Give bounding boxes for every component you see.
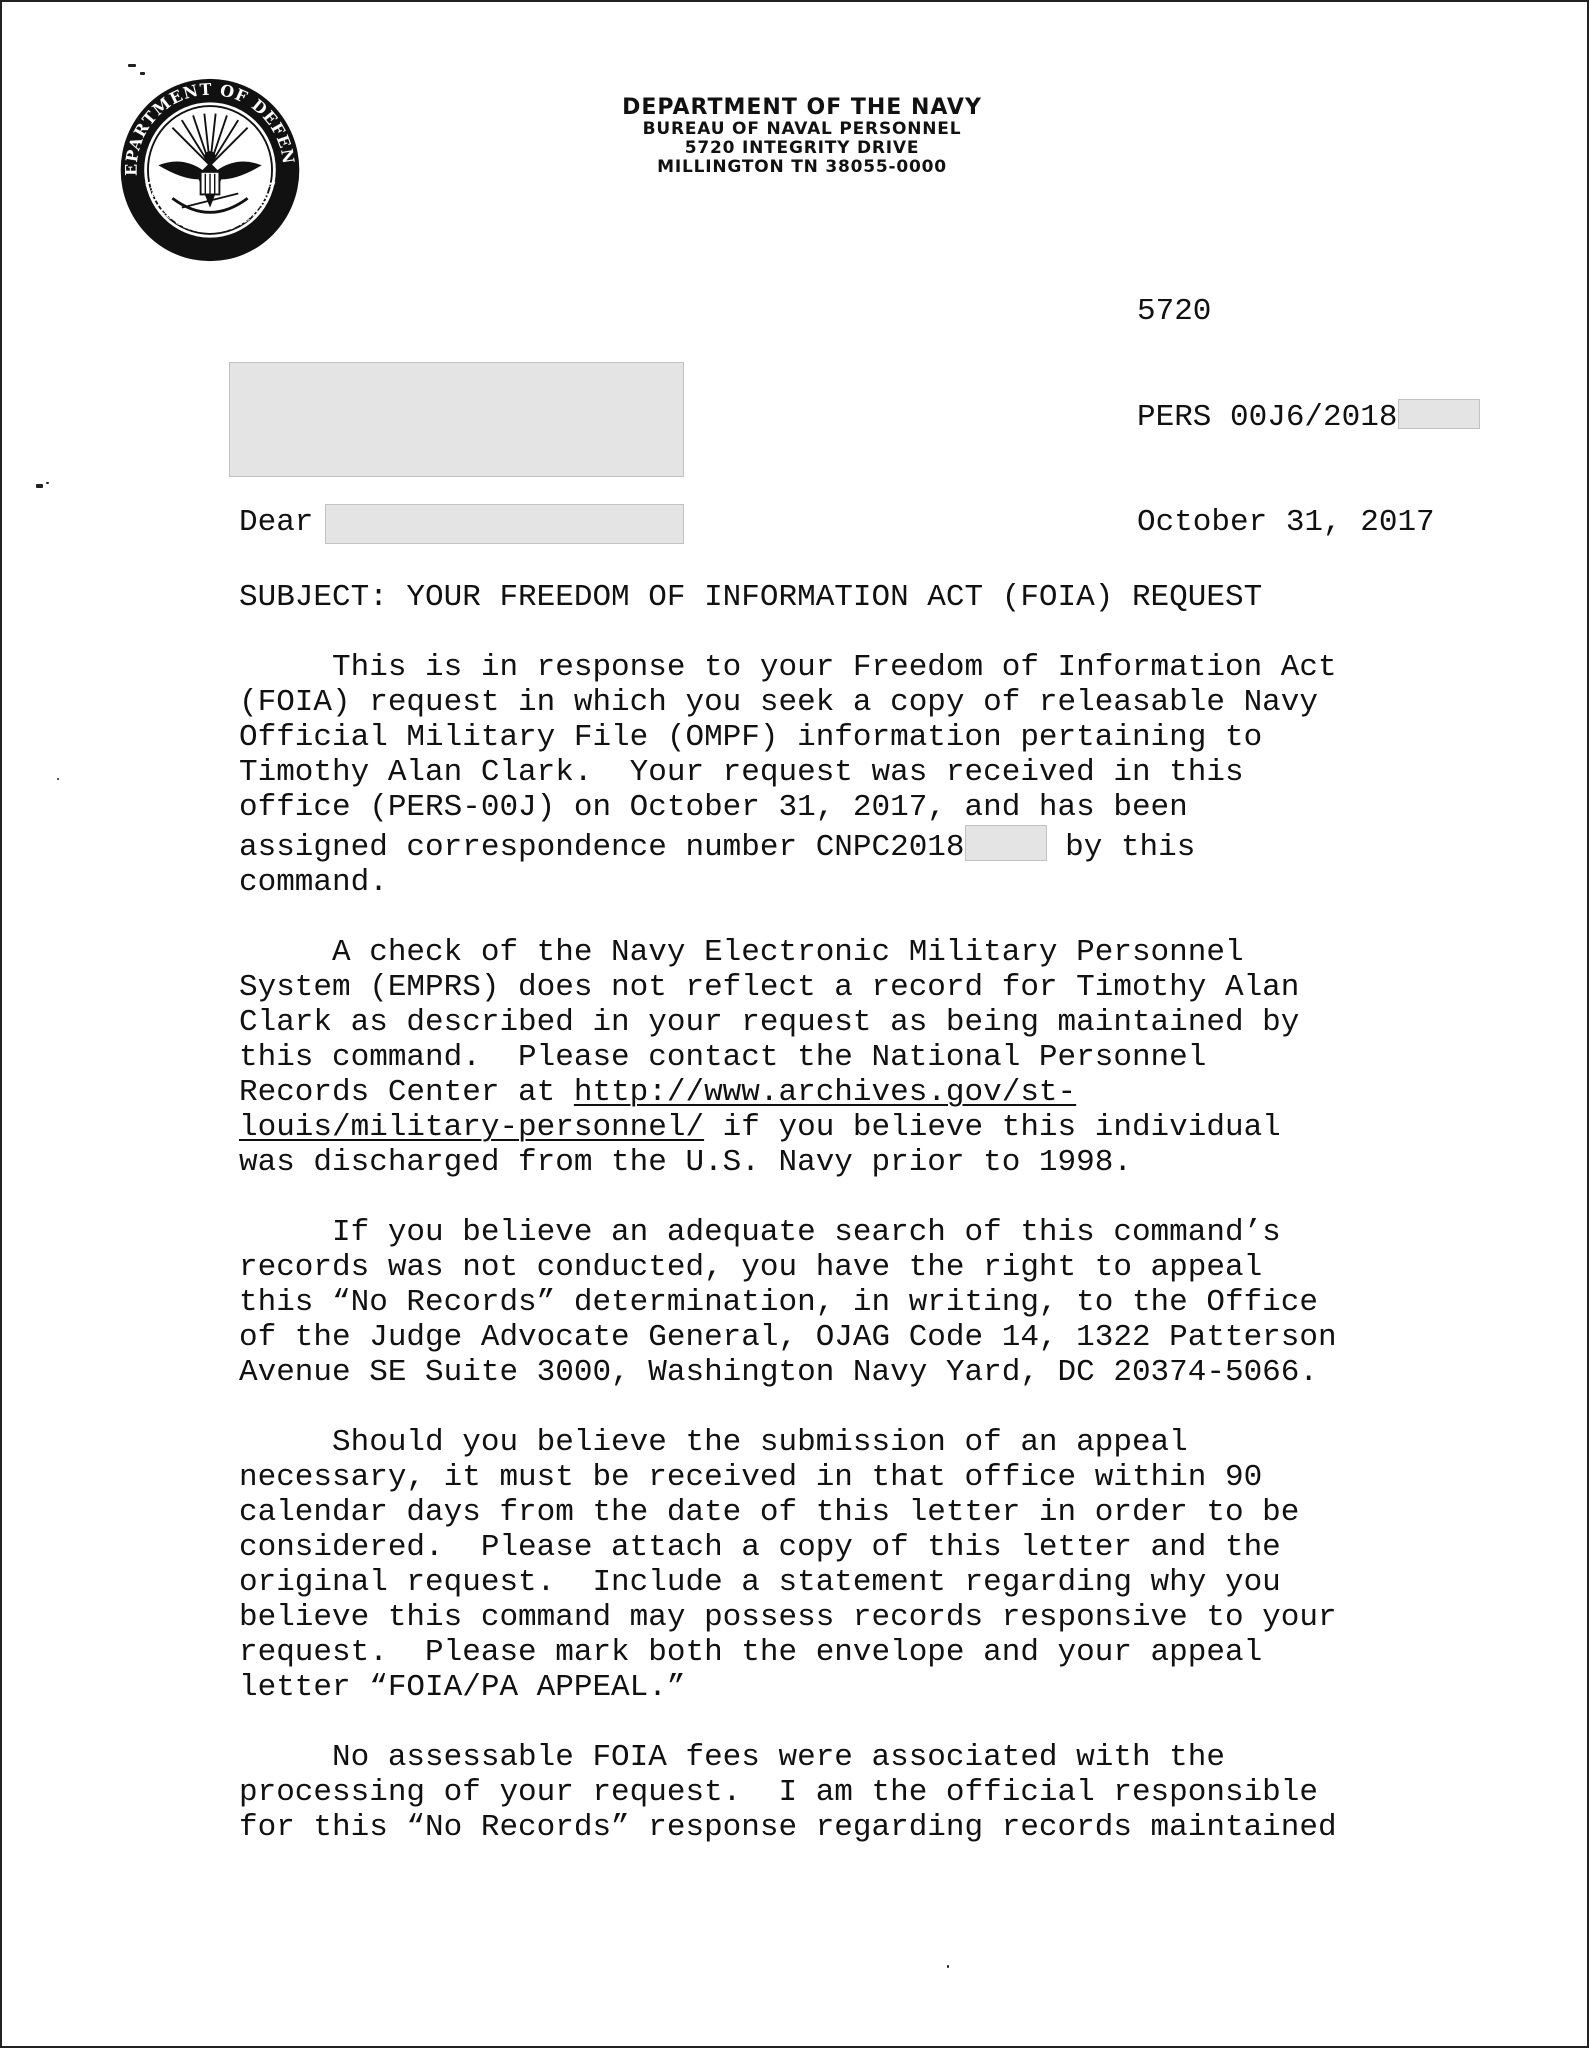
scan-artifact <box>57 778 59 780</box>
letter-page: DEPARTMENT OF DEFENSE UNITED STATES OF A… <box>0 0 1589 2048</box>
subject-line: SUBJECT: YOUR FREEDOM OF INFORMATION ACT… <box>239 580 1389 615</box>
paragraph-3: If you believe an adequate search of thi… <box>239 1215 1389 1390</box>
letterhead-city: MILLINGTON TN 38055-0000 <box>542 158 1062 177</box>
scan-artifact <box>128 64 136 67</box>
scan-artifact <box>46 482 49 484</box>
correspondence-number-redaction <box>965 825 1047 861</box>
reference-block: 5720 PERS 00J6/2018 October 31, 2017 <box>1137 224 1480 610</box>
scan-artifact <box>36 484 43 488</box>
scan-artifact <box>947 1965 949 1968</box>
letterhead-street: 5720 INTEGRITY DRIVE <box>542 139 1062 158</box>
ssic-code: 5720 <box>1137 294 1480 329</box>
paragraph-2: A check of the Navy Electronic Military … <box>239 935 1389 1180</box>
salutation: Dear <box>239 505 313 540</box>
letter-date: October 31, 2017 <box>1137 505 1480 540</box>
paragraph-4: Should you believe the submission of an … <box>239 1425 1389 1705</box>
scan-artifact <box>140 72 145 75</box>
paragraph-1: This is in response to your Freedom of I… <box>239 650 1389 900</box>
department-of-defense-seal-icon: DEPARTMENT OF DEFENSE UNITED STATES OF A… <box>116 76 304 264</box>
paragraph-5: No assessable FOIA fees were associated … <box>239 1740 1389 1845</box>
recipient-name-redaction <box>325 504 684 544</box>
letterhead-department: DEPARTMENT OF THE NAVY <box>542 96 1062 120</box>
letterhead-bureau: BUREAU OF NAVAL PERSONNEL <box>542 120 1062 139</box>
serial-redaction <box>1398 399 1480 429</box>
letter-body: SUBJECT: YOUR FREEDOM OF INFORMATION ACT… <box>239 580 1389 1880</box>
serial-number: PERS 00J6/2018 <box>1137 399 1480 435</box>
letterhead: DEPARTMENT OF THE NAVY BUREAU OF NAVAL P… <box>542 96 1062 177</box>
address-redaction <box>229 362 684 477</box>
